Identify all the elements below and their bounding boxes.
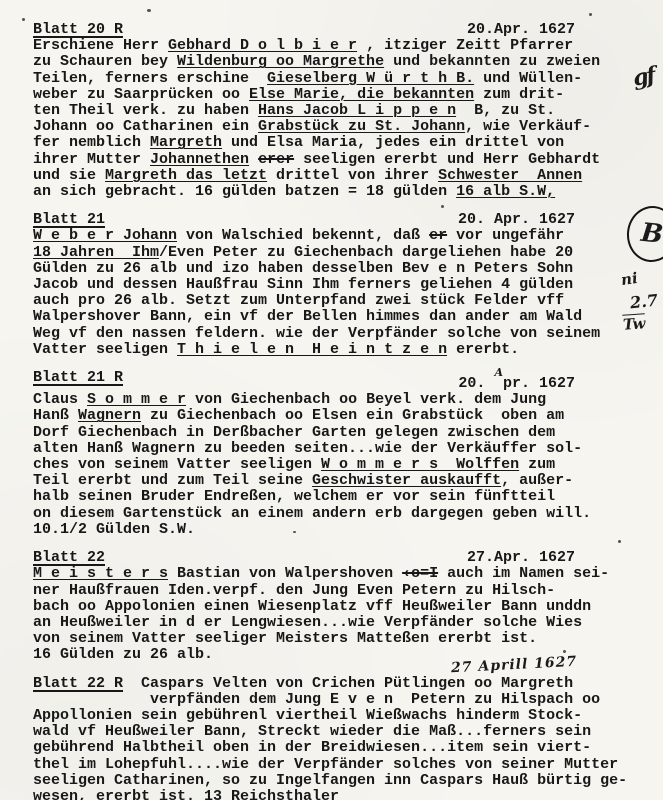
text-line: seeligen Catharinen, so zu Ingelfangen i… [33,773,633,789]
text-line: Claus S o m m e r von Giechenbach oo Bey… [33,392,633,408]
text-line: thel im Lohepfuhl....wie der Verpfänder … [33,757,633,773]
entry-title: Blatt 21 R [33,370,123,392]
entry-title: Blatt 22 R [33,675,123,692]
margin-note-tw: Tw [622,314,646,334]
text-line: gebührend Halbtheil oben in der Breidwie… [33,740,633,756]
entry-header: Blatt 21 R 20. Apr. 1627 [33,370,633,392]
text-line: 18 Jahren Ihm/Even Peter zu Giechenbach … [33,245,633,261]
entry-blatt-21: Blatt 21 20. Apr. 1627 W e b e r Johann … [33,212,633,358]
text-line: ner Haußfrauen Iden.verpf. den Jung Even… [33,583,633,599]
entry-header: Blatt 21 20. Apr. 1627 [33,212,633,228]
scan-speck [589,13,592,16]
entry-header: Blatt 20 R 20.Apr. 1627 [33,22,633,38]
text-line: Dorf Giechenbach in Derßbacher Garten ge… [33,425,633,441]
text-line: wesen, ererbt ist. 13 Reichsthaler [33,789,633,800]
document-page: Blatt 20 R 20.Apr. 1627 Erschiene Herr G… [0,0,663,800]
text-line: an sich gebracht. 16 gülden batzen = 18 … [33,184,633,200]
text-line: Hanß Wagnern zu Giechenbach oo Elsen ein… [33,408,633,424]
margin-note-27: 2.7 [629,291,659,313]
entry-blatt-22r: 27 Aprill 1627 Blatt 22 R Caspars Velten… [33,676,633,800]
entry-date: 27.Apr. 1627 [467,550,575,566]
text-line: zu Schauren bey Wildenburg oo Margrethe … [33,54,633,70]
text-line: alten Hanß Wagnern zu beeden seiten...wi… [33,441,633,457]
text-line: bach oo Appolonien einen Wiesenplatz vff… [33,599,633,615]
entry-title: Blatt 21 [33,212,105,228]
text-line: on diesem Gartenstück an einem andern er… [33,506,633,522]
scan-speck [441,205,444,208]
entry-blatt-21r: Blatt 21 R 20. Apr. 1627 Claus S o m m e… [33,370,633,538]
scan-speck [22,18,25,21]
entry-blatt-22: Blatt 22 27.Apr. 1627 M e i s t e r s Ba… [33,550,633,663]
margin-note-ni: ni [620,269,639,289]
text-line: 10.1/2 Gülden S.W. [33,522,633,538]
text-line: weber zu Saarprücken oo Else Marie, die … [33,87,633,103]
text-line: an Heußweiler in d er Lengwiesen...wie V… [33,615,633,631]
entry-header: Blatt 22 27.Apr. 1627 [33,550,633,566]
text-line: W e b e r Johann von Walschied bekennt, … [33,228,633,244]
scan-speck [147,9,151,12]
entry-date: 20.Apr. 1627 [467,22,575,38]
text-line: wald vf Heußweiler Bann, Streckt wieder … [33,724,633,740]
scan-speck [618,540,621,543]
text-line: Gülden zu 26 alb und izo haben desselben… [33,261,633,277]
text-line: Erschiene Herr Gebhard D o l b i e r , i… [33,38,633,54]
entry-header-text: Caspars Velten von Crichen Pütlingen oo … [123,675,573,692]
text-line: Teilen, ferners erschine Gieselberg W ü … [33,71,633,87]
text-line: ten Theil verk. zu haben Hans Jacob L i … [33,103,633,119]
text-line: Jacob und dessen Haußfrau Sinn Ihm ferne… [33,277,633,293]
text-line: ches von seinem Vatter seeligen W o m m … [33,457,633,473]
text-line: und sie Margreth das letzt drittel von i… [33,168,633,184]
scan-speck [563,650,566,653]
text-line: ihrer Mutter Johannethen erer seeligen e… [33,152,633,168]
entry-blatt-20r: Blatt 20 R 20.Apr. 1627 Erschiene Herr G… [33,22,633,200]
text-line: Appollonien sein gebührenl viertheil Wie… [33,708,633,724]
margin-flourish-mark: gf [631,62,656,91]
text-line: Vatter seeligen T h i e l e n H e i n t … [33,342,633,358]
entry-title: Blatt 20 R [33,22,123,38]
text-line: Teil ererbt und zum Teil seine Geschwist… [33,473,633,489]
text-line: Walpershover Bann, ein vf der Bellen him… [33,309,633,325]
entry-header: Blatt 22 R Caspars Velten von Crichen Pü… [33,676,633,692]
scan-speck [293,531,296,533]
text-line: halb seinen Bruder Endreßen, welchem er … [33,489,633,505]
entry-date: 20. Apr. 1627 [458,370,575,392]
text-line: fer nemblich Margreth und Elsa Maria, je… [33,135,633,151]
text-line: von seinem Vatter seeliger Meisters Matt… [33,631,633,647]
text-line: verpfänden dem Jung E v e n Petern zu Hi… [33,692,633,708]
text-line: Johann oo Catharinen ein Grabstück zu St… [33,119,633,135]
text-line: Weg vf den nassen feldern. wie der Verpf… [33,326,633,342]
text-line: M e i s t e r s Bastian von Walpershoven… [33,566,633,582]
entry-title: Blatt 22 [33,550,105,566]
entry-date: 20. Apr. 1627 [458,212,575,228]
text-line: auch pro 26 alb. Setzt zum Unterpfand zw… [33,293,633,309]
